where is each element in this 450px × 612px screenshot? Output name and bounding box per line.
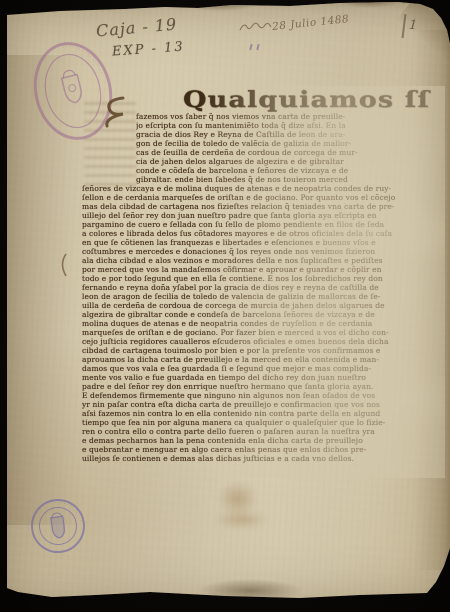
- document-heading: Qualquiamos ſſ: [183, 87, 450, 113]
- faded-seal-blob: [208, 478, 274, 530]
- caja-annotation: Caja - 19: [95, 14, 178, 40]
- photo-background: · · · · · · · · · · · · · · · · · · · · …: [0, 0, 450, 612]
- corner-crease: [396, 0, 450, 64]
- purple-tick-marks: [250, 44, 264, 52]
- intro-paragraph: fazemos vos ſaber q̃ nos viemos vna cart…: [136, 112, 414, 186]
- bottom-edge-smudge: [180, 575, 320, 601]
- top-edge-dirt: [165, 0, 275, 14]
- margin-paren-mark-icon: [57, 252, 69, 278]
- body-paragraph: ſeñores de vizcaya e de molina duques de…: [82, 184, 423, 466]
- date-annotation: 28 Julio 1488: [272, 13, 350, 33]
- margin-flourish-icon: [103, 94, 129, 130]
- manuscript-page: · · · · · · · · · · · · · · · · · · · · …: [0, 0, 450, 612]
- folio-number: 1: [408, 18, 417, 34]
- round-archive-stamp-icon: · · · · · · · · · · · ·: [28, 496, 88, 556]
- expediente-annotation: EXP - 13: [112, 39, 186, 59]
- top-edge-dirt-2: [330, 0, 410, 10]
- folio-stroke: [402, 14, 406, 38]
- scrawl-icon: [238, 20, 272, 34]
